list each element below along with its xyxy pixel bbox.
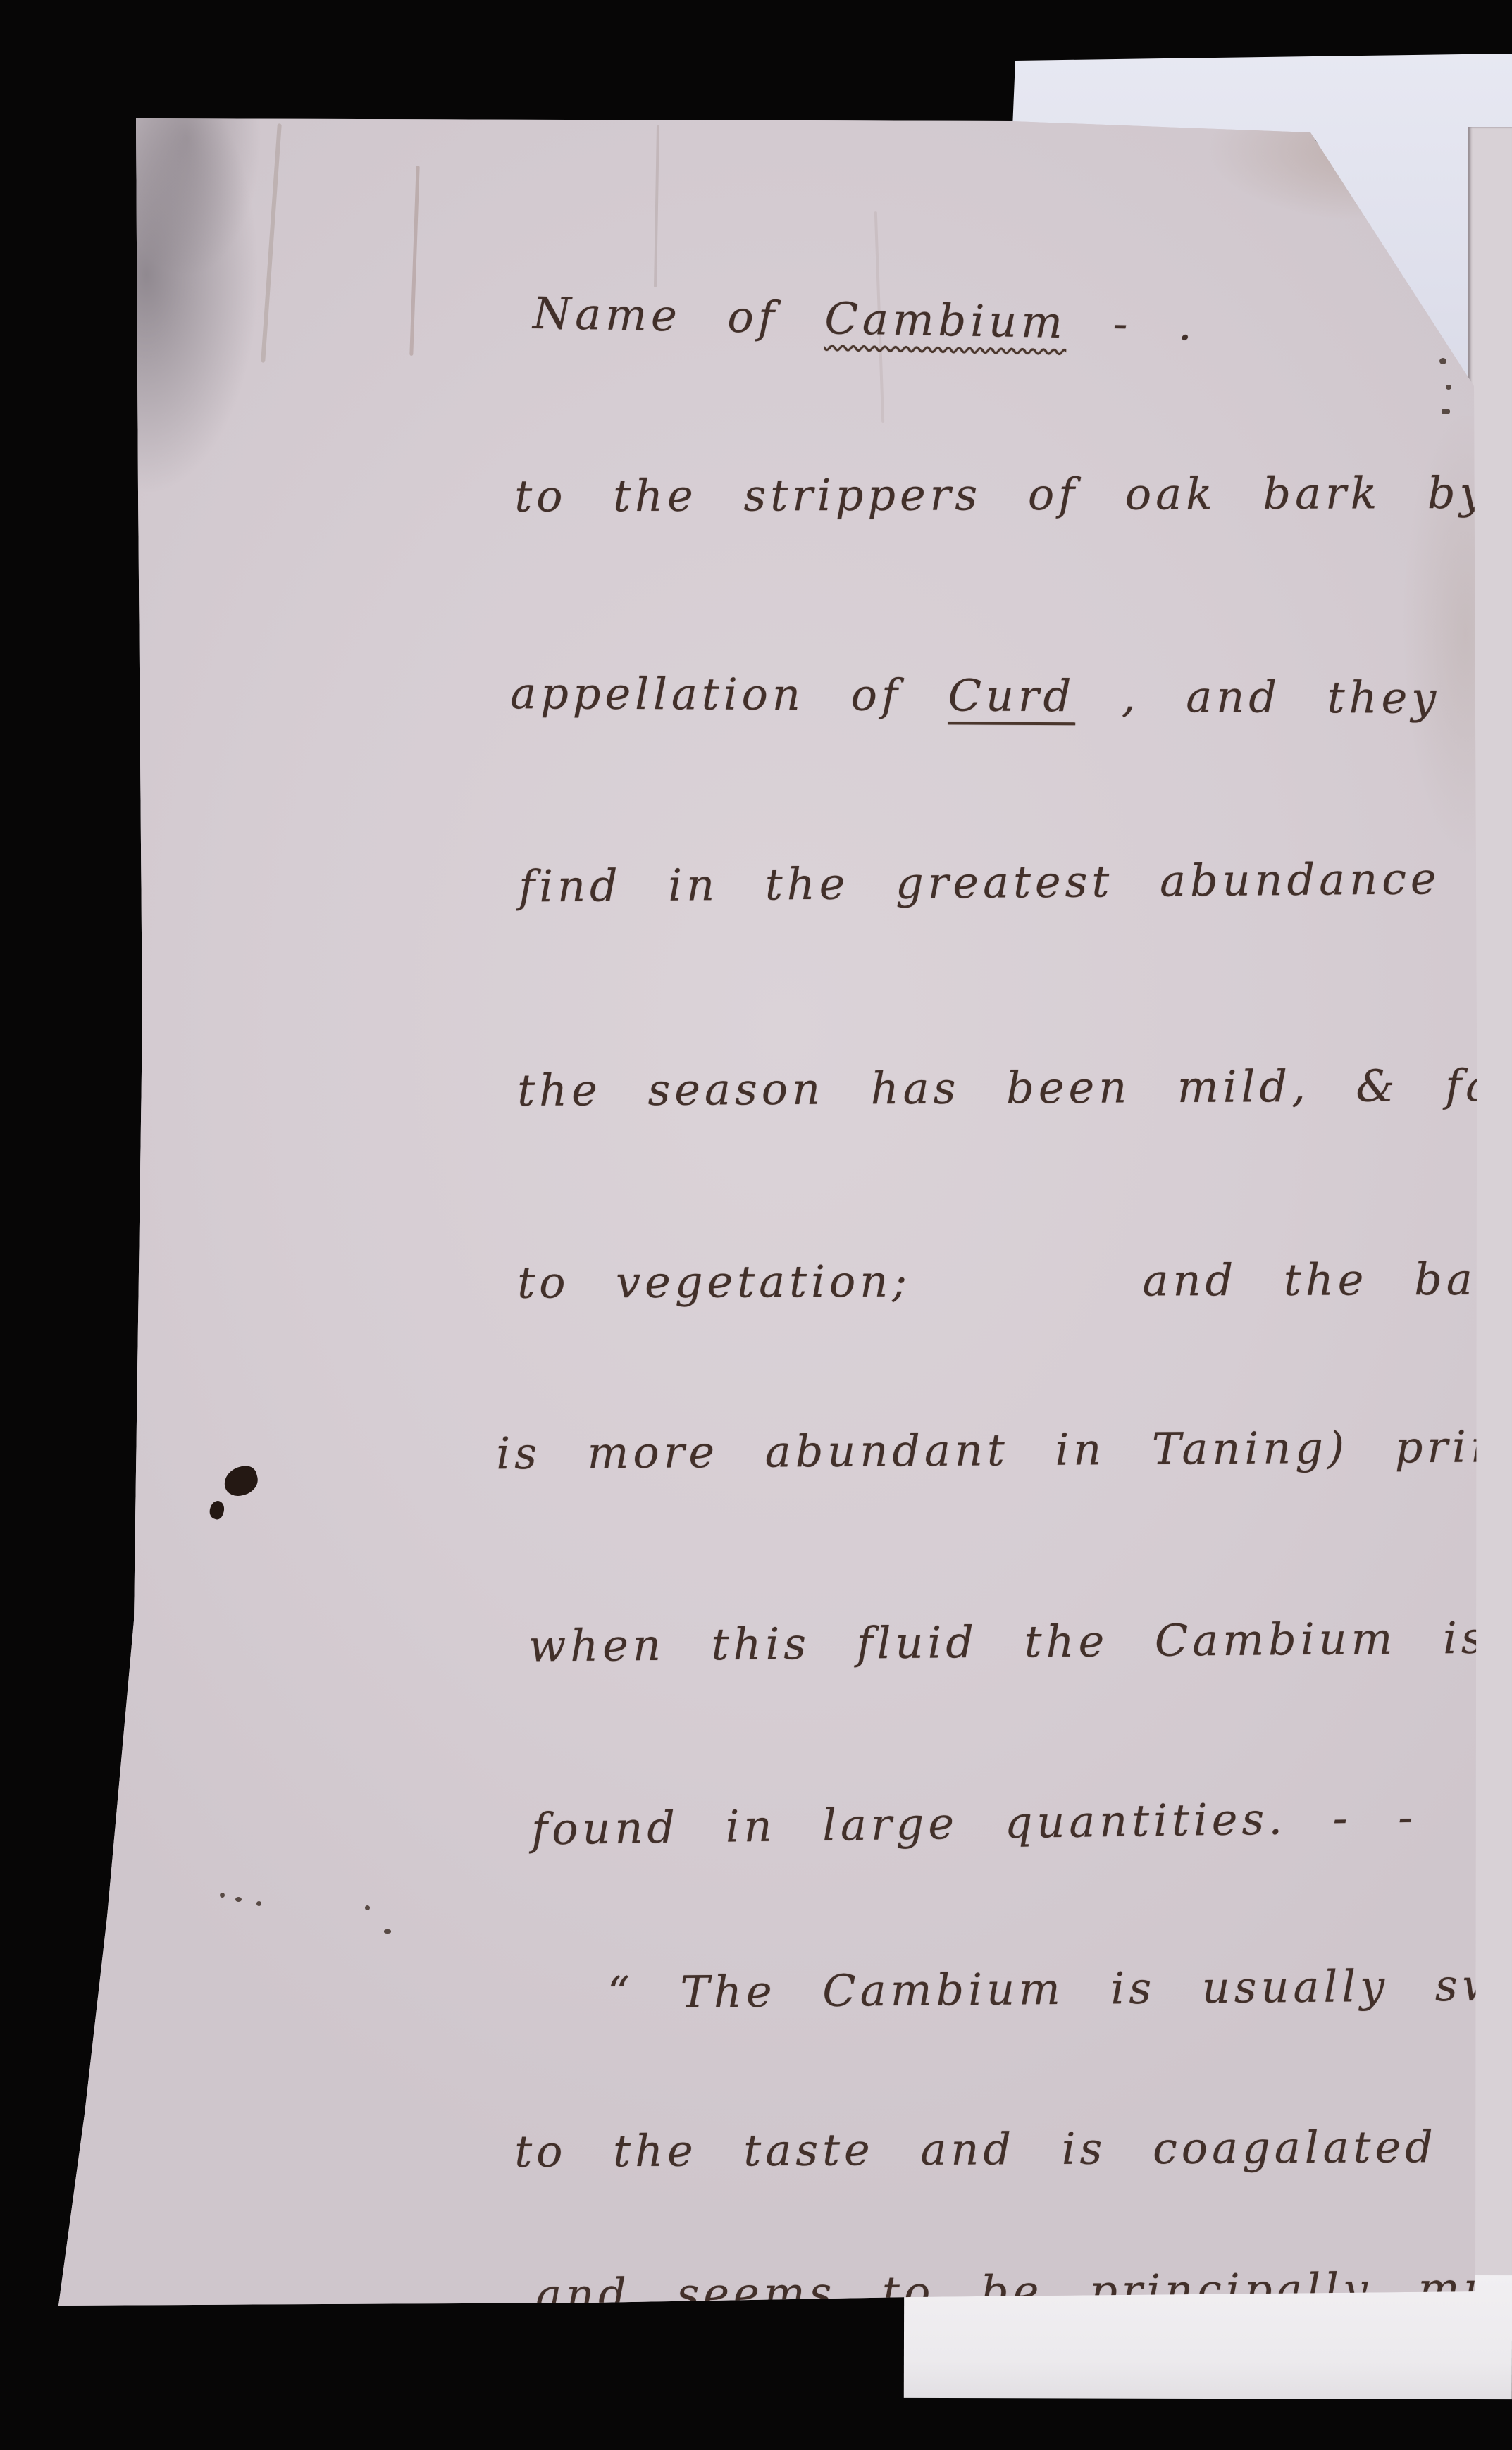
- ink-speck: [1439, 358, 1446, 364]
- handwriting-line-6: to vegetation; and the bark itself: [240, 1201, 1512, 1361]
- handwriting-line-1: Name of Cambium - . It is known: [254, 231, 1512, 416]
- ink-speck: [1442, 409, 1450, 414]
- handwriting-segment: to the strippers of oak bark by the: [514, 466, 1512, 521]
- handwriting-line-4: find in the greatest abundance when: [240, 800, 1512, 966]
- handwriting-line-2: to the strippers of oak bark by the: [237, 415, 1512, 574]
- handwriting-segment: to vegetation; and the bark itself: [517, 1253, 1512, 1308]
- ink-speck: [220, 1893, 225, 1898]
- handwriting-segment: find in the greatest abundance when: [519, 851, 1512, 912]
- handwriting-line-9: found in large quantities. - -: [252, 1740, 1418, 1910]
- handwriting-segment: the season has been mild, & favorable: [517, 1058, 1512, 1116]
- handwriting-line-5: the season has been mild, & favorable: [239, 1007, 1512, 1169]
- underlined-word-cambium: Cambium: [824, 292, 1067, 348]
- handwriting-line-3: appellation of Curd , and they always: [232, 614, 1512, 777]
- ink-speck: [365, 1905, 370, 1910]
- underlined-word-curd: Curd: [948, 669, 1075, 722]
- handwriting-segment: is more abundant in Taning) principle: [496, 1420, 1512, 1479]
- handwriting-segment: Name of: [533, 287, 826, 344]
- handwriting-line-7: is more abundant in Taning) principle: [218, 1368, 1512, 1533]
- manuscript-page: Name of Cambium - . It is known to the s…: [0, 0, 1512, 2450]
- handwriting-segment: , and they always: [1075, 670, 1512, 724]
- handwriting-segment: found in large quantities. - -: [531, 1791, 1418, 1855]
- handwriting-segment: to the taste and is coagalated by alchol: [514, 2120, 1512, 2177]
- handwriting-line-8: when this fluid the Cambium is: [250, 1561, 1489, 1726]
- handwriting-segment: when this fluid the Cambium is: [528, 1612, 1488, 1672]
- ink-speck: [256, 1901, 261, 1906]
- handwriting-segment: appellation of: [510, 667, 948, 721]
- ink-speck: [384, 1929, 391, 1934]
- handwriting-segment: “ The Cambium is usually sweet: [607, 1958, 1512, 2018]
- handwriting-line-11: to the taste and is coagalated by alchol: [236, 2068, 1512, 2230]
- handwriting-line-10: “ The Cambium is usually sweet: [329, 1907, 1512, 2072]
- ink-speck: [235, 1897, 242, 1902]
- ink-speck: [1446, 385, 1451, 390]
- manuscript-photo: Name of Cambium - . It is known to the s…: [0, 0, 1512, 2450]
